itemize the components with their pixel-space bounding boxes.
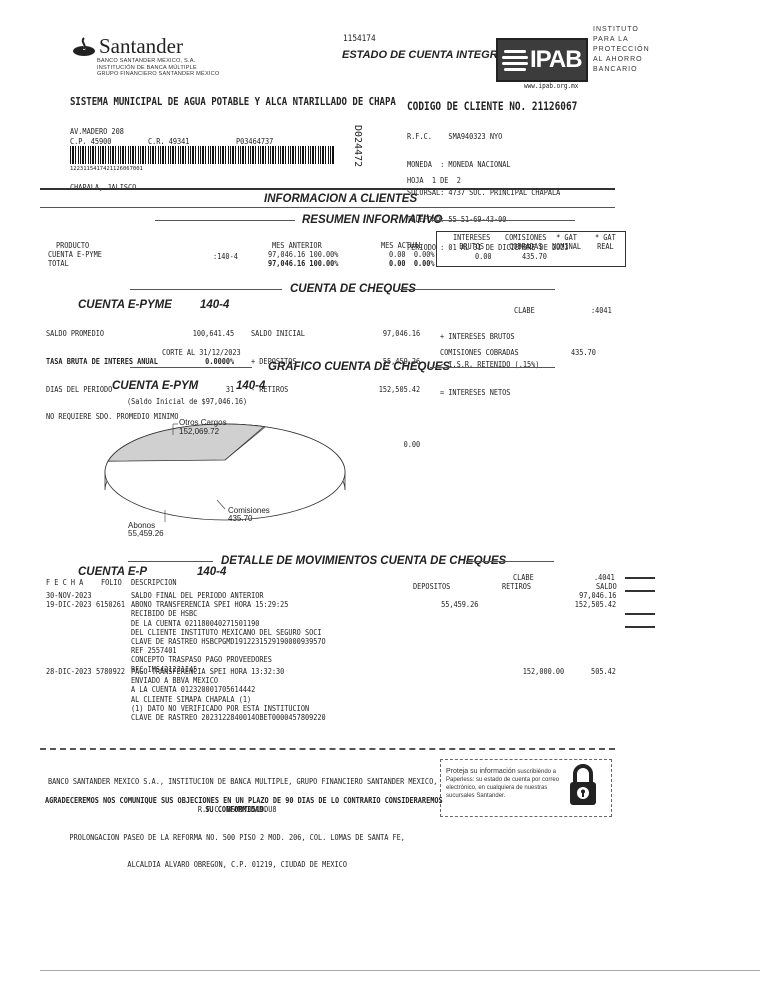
santander-logo: Santander: [72, 34, 183, 59]
label-comisiones-cobradas: COMISIONES COBRADAS: [440, 348, 519, 357]
divider: [430, 367, 555, 368]
movement-balance: 152,505.42: [575, 600, 616, 609]
resumen-actual: 0.00 0.00%: [389, 250, 435, 259]
section-info-clientes: INFORMACION A CLIENTES: [264, 193, 417, 205]
ipab-logo: IPAB: [496, 38, 588, 82]
divider-mark: [625, 590, 655, 592]
movement-description: PAGO TRANSFERENCIA SPEI HORA 13:32:30 EN…: [131, 667, 326, 722]
col-folio: FOLIO: [101, 578, 122, 587]
ipab-side-line: PROTECCIÓN: [593, 45, 650, 55]
value-tasa: 0.0000%: [193, 357, 234, 366]
svg-text:435.70: 435.70: [228, 514, 253, 523]
footer-bank-info: BANCO SANTANDER MEXICO S.A., INSTITUCION…: [48, 759, 426, 879]
resumen-total-actual: 0.00 0.00%: [389, 259, 435, 268]
divider: [430, 220, 575, 221]
cheques-mid-values: 97,046.16 55,459.26 152,505.42 0.00: [379, 311, 420, 458]
col-descripcion: DESCRIPCION: [131, 578, 177, 587]
ipab-side-line: PARA LA: [593, 35, 650, 45]
divider: [400, 289, 555, 290]
footer-line: BANCO SANTANDER MEXICO S.A., INSTITUCION…: [48, 777, 426, 786]
divider: [40, 207, 615, 208]
barcode: [70, 146, 335, 164]
vertical-code: D024472: [353, 125, 362, 167]
divider-mark: [625, 613, 655, 615]
divider: [466, 561, 554, 562]
movement-folio: 5780922: [96, 667, 125, 676]
movement-withdrawal: 152,000.00: [523, 667, 564, 676]
divider-mark: [625, 577, 655, 579]
col-saldo: SALDO: [596, 582, 617, 591]
movement-balance: 505.42: [591, 667, 616, 676]
client-cp: C.P. 45900: [70, 137, 111, 146]
value-saldo-inicial: 97,046.16: [379, 329, 420, 338]
address-line: AV.MADERO 208: [70, 127, 165, 136]
divider-mark: [625, 626, 655, 628]
movement-balance: 97,046.16: [579, 591, 616, 600]
col-gat-real: * GAT REAL: [595, 233, 616, 251]
divider: [128, 561, 213, 562]
label-intereses-brutos: + INTERESES BRUTOS: [440, 332, 539, 341]
col-comisiones: COMISIONES COBRADAS: [505, 233, 546, 251]
section-detalle: DETALLE DE MOVIMIENTOS CUENTA DE CHEQUES: [221, 555, 506, 567]
resumen-intereses: 0.00: [475, 252, 492, 261]
movement-folio: 6150261: [96, 600, 125, 609]
detalle-title: CUENTA E-P: [78, 566, 147, 578]
section-grafico: GRAFICO CUENTA DE CHEQUES: [268, 361, 450, 373]
grafico-title: CUENTA E-PYM: [112, 380, 198, 392]
divider: [155, 220, 295, 221]
divider: [130, 289, 282, 290]
grafico-subtitle: (Saldo Inicial de $97,046.16): [127, 397, 247, 406]
col-mes-anterior: MES ANTERIOR: [272, 241, 322, 250]
resumen-cuenta: :140-4: [213, 252, 238, 261]
cheques-account: 140-4: [200, 299, 229, 311]
cheques-right-labels: + INTERESES BRUTOS - I.S.R. RETENIDO (.1…: [440, 314, 539, 406]
clabe-value: :4041: [591, 306, 612, 315]
col-depositos: DEPOSITOS: [413, 582, 450, 591]
grafico-account: 140-4: [236, 380, 265, 392]
lock-icon: [568, 763, 598, 807]
paperless-text: Proteja su información suscribiéndo a Pa…: [446, 768, 566, 800]
svg-text:152,069.72: 152,069.72: [179, 427, 220, 436]
ipab-url[interactable]: www.ipab.org.mx: [524, 82, 578, 91]
bank-name: Santander: [99, 34, 183, 59]
pie-chart: Otros Cargos152,069.72Abonos55,459.26Com…: [90, 410, 350, 550]
footer-line: ALCALDIA ALVARO OBREGON, C.P. 01219, CIU…: [48, 860, 426, 869]
resumen-total-anterior: 97,046.16 100.00%: [268, 259, 338, 268]
svg-text:Otros Cargos: Otros Cargos: [179, 418, 227, 427]
movement-description: SALDO FINAL DEL PERIODO ANTERIOR: [131, 591, 264, 600]
ipab-side-line: INSTITUTO: [593, 25, 650, 35]
ipab-stripes-icon: [502, 47, 528, 73]
santander-flame-icon: [72, 37, 96, 57]
client-ref: P03464737: [236, 137, 273, 146]
value-saldo-promedio: 100,641.45: [193, 329, 234, 338]
svg-text:55,459.26: 55,459.26: [128, 529, 164, 538]
ipab-side-text: INSTITUTO PARA LA PROTECCIÓN AL AHORRO B…: [593, 25, 650, 75]
barcode-number: 1223115417421126067001: [70, 166, 143, 172]
col-producto: PRODUCTO: [56, 241, 89, 250]
label-tasa: TASA BRUTA DE INTERES ANUAL: [46, 357, 179, 366]
movement-date: 30-NOV-2023: [46, 591, 92, 600]
col-retiros: RETIROS: [502, 582, 531, 591]
divider: [40, 188, 615, 190]
client-code: CODIGO DE CLIENTE NO. 21126067: [407, 100, 577, 113]
ipab-label: IPAB: [530, 46, 582, 74]
movement-date: 28-DIC-2023: [46, 667, 92, 676]
label-intereses-netos: = INTERESES NETOS: [440, 388, 539, 397]
resumen-anterior: 97,046.16 100.00%: [268, 250, 338, 259]
col-clabe: CLABE: [513, 573, 534, 582]
bank-line: Grupo Financiero Santander México: [97, 71, 219, 78]
movement-description: ABONO TRANSFERENCIA SPEI HORA 15:29:25 R…: [131, 600, 326, 674]
bottom-divider: [40, 970, 760, 971]
page-indicator: HOJA 1 DE 2: [407, 176, 461, 185]
col-fecha: F E C H A: [46, 578, 83, 587]
corte-date: CORTE AL 31/12/2023: [162, 348, 241, 357]
footer-notice: AGRADECEREMOS NOS COMUNIQUE SUS OBJECION…: [45, 796, 428, 814]
cheques-title: CUENTA E-PYME: [78, 299, 172, 311]
client-cr: C.R. 49341: [148, 137, 189, 146]
value-comisiones-cobradas: 435.70: [571, 348, 596, 357]
detalle-account: 140-4: [197, 566, 226, 578]
movement-date: 19-DIC-2023: [46, 600, 92, 609]
resumen-producto: CUENTA E-PYME: [48, 250, 102, 259]
footer-line: PROLONGACION PASEO DE LA REFORMA NO. 500…: [48, 833, 426, 842]
ipab-side-line: AL AHORRO: [593, 55, 650, 65]
col-clabe-value: .4041: [594, 573, 615, 582]
label-saldo-inicial: SALDO INICIAL: [251, 329, 309, 338]
movement-deposit: 55,459.26: [441, 600, 478, 609]
label-saldo-promedio: SALDO PROMEDIO: [46, 329, 179, 338]
doc-number: 1154174: [343, 35, 376, 44]
section-resumen: RESUMEN INFORMATIVO: [302, 214, 442, 226]
paperless-bold: Proteja su información: [446, 768, 516, 775]
col-intereses: INTERESES BRUTOS: [453, 233, 490, 251]
rfc: R.F.C. SMA940323 NYO: [407, 132, 569, 141]
bank-subtitle: Banco Santander México, S.A. Institución…: [97, 58, 219, 78]
col-mes-actual: MES ACTUAL: [381, 241, 422, 250]
resumen-total: TOTAL: [48, 259, 69, 268]
ipab-side-line: BANCARIO: [593, 65, 650, 75]
resumen-comisiones: 435.70: [522, 252, 547, 261]
section-cuenta-cheques: CUENTA DE CHEQUES: [290, 283, 416, 295]
value-saldo-actual: 0.00: [379, 440, 420, 449]
value-dias: 31: [193, 385, 234, 394]
moneda: MONEDA : MONEDA NACIONAL: [407, 160, 569, 169]
doc-title: ESTADO DE CUENTA INTEGRAL: [342, 49, 512, 61]
col-gat-nominal: * GAT NOMINAL: [552, 233, 581, 251]
footer-divider: [40, 748, 615, 750]
value-retiros: 152,505.42: [379, 385, 420, 394]
divider: [130, 367, 252, 368]
client-name: SISTEMA MUNICIPAL DE AGUA POTABLE Y ALCA…: [70, 96, 396, 108]
